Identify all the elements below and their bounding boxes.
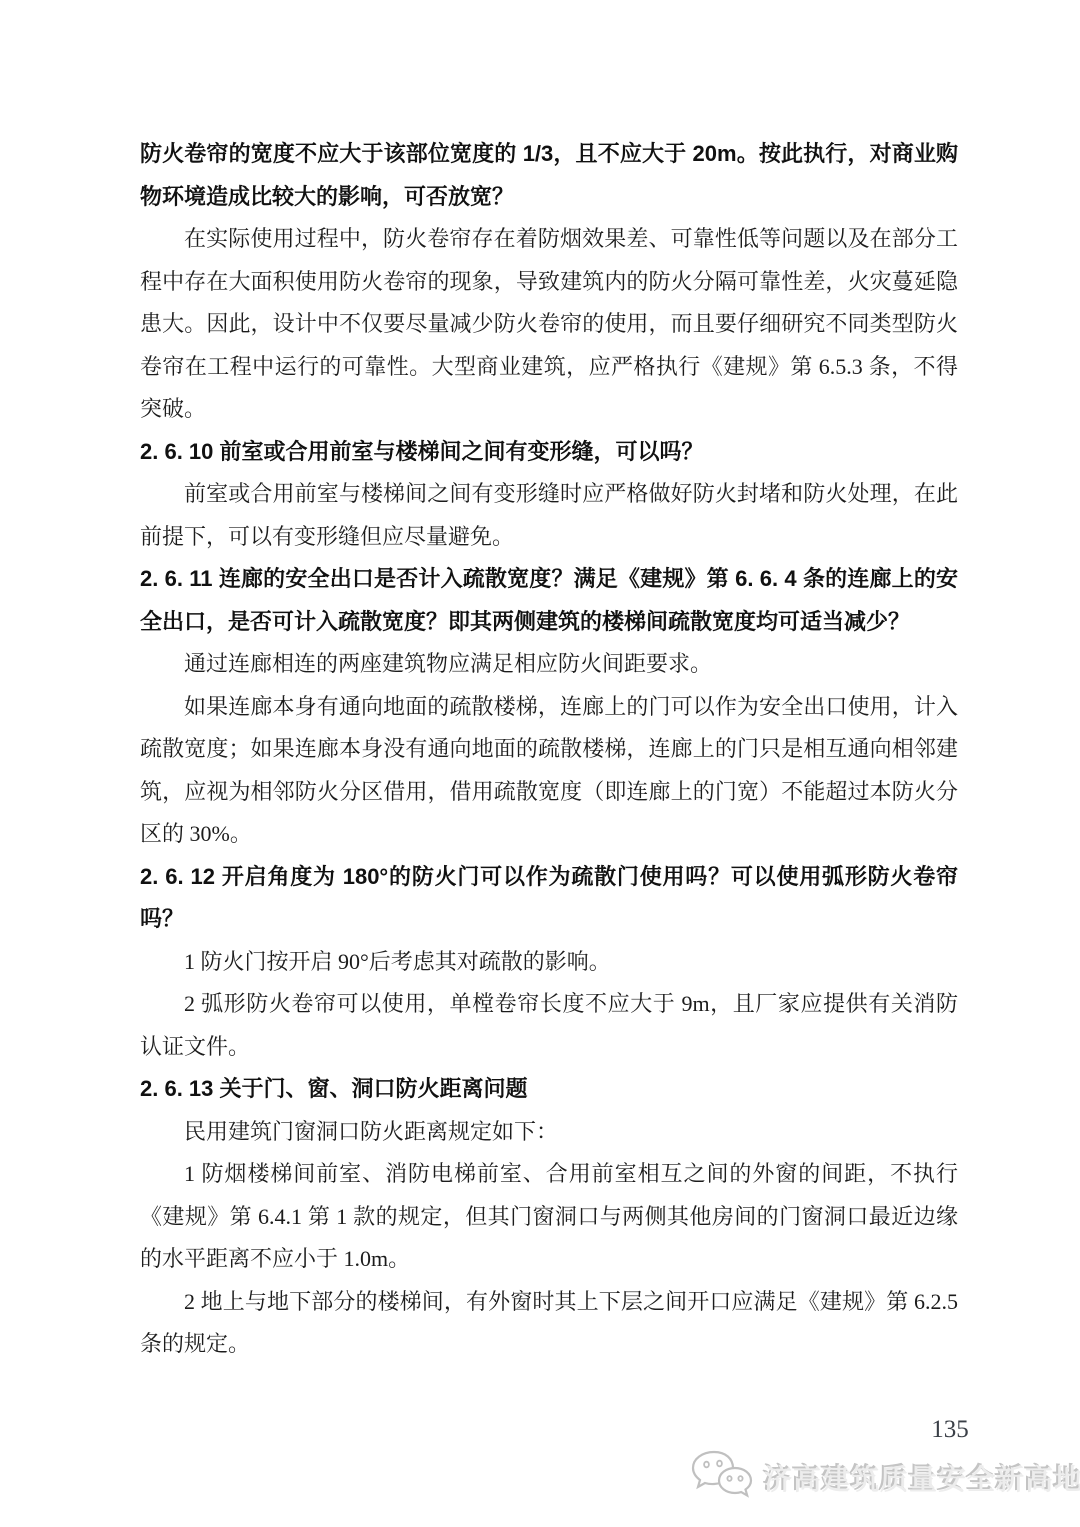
section-heading: 2. 6. 11 连廊的安全出口是否计入疏散宽度？满足《建规》第 6. 6. 4… [140,558,958,643]
section-heading: 2. 6. 10 前室或合用前室与楼梯间之间有变形缝，可以吗？ [140,431,958,474]
body-paragraph: 2 弧形防火卷帘可以使用，单樘卷帘长度不应大于 9m，且厂家应提供有关消防认证文… [140,983,958,1068]
document-page: 防火卷帘的宽度不应大于该部位宽度的 1/3，且不应大于 20m。按此执行，对商业… [0,0,1080,1527]
body-paragraph: 如果连廊本身有通向地面的疏散楼梯，连廊上的门可以作为安全出口使用，计入疏散宽度；… [140,686,958,856]
body-paragraph: 前室或合用前室与楼梯间之间有变形缝时应严格做好防火封堵和防火处理，在此前提下，可… [140,473,958,558]
page-number: 135 [890,1416,1010,1444]
body-paragraph: 2 地上与地下部分的楼梯间，有外窗时其上下层之间开口应满足《建规》第 6.2.5… [140,1281,958,1366]
section-heading: 2. 6. 12 开启角度为 180°的防火门可以作为疏散门使用吗？可以使用弧形… [140,856,958,941]
body-paragraph: 通过连廊相连的两座建筑物应满足相应防火间距要求。 [140,643,958,686]
question-continuation: 防火卷帘的宽度不应大于该部位宽度的 1/3，且不应大于 20m。按此执行，对商业… [140,133,958,218]
body-paragraph: 1 防火门按开启 90°后考虑其对疏散的影响。 [140,941,958,984]
body-paragraph: 1 防烟楼梯间前室、消防电梯前室、合用前室相互之间的外窗的间距，不执行《建规》第… [140,1153,958,1281]
watermark-text: 济高建筑质量安全新高地 [764,1458,1080,1498]
wechat-icon [690,1450,754,1505]
section-heading: 2. 6. 13 关于门、窗、洞口防火距离问题 [140,1068,958,1111]
document-body: 防火卷帘的宽度不应大于该部位宽度的 1/3，且不应大于 20m。按此执行，对商业… [140,0,958,1366]
body-paragraph: 民用建筑门窗洞口防火距离规定如下： [140,1111,958,1154]
body-paragraph: 在实际使用过程中，防火卷帘存在着防烟效果差、可靠性低等问题以及在部分工程中存在大… [140,218,958,431]
watermark: 济高建筑质量安全新高地 [690,1450,1080,1505]
